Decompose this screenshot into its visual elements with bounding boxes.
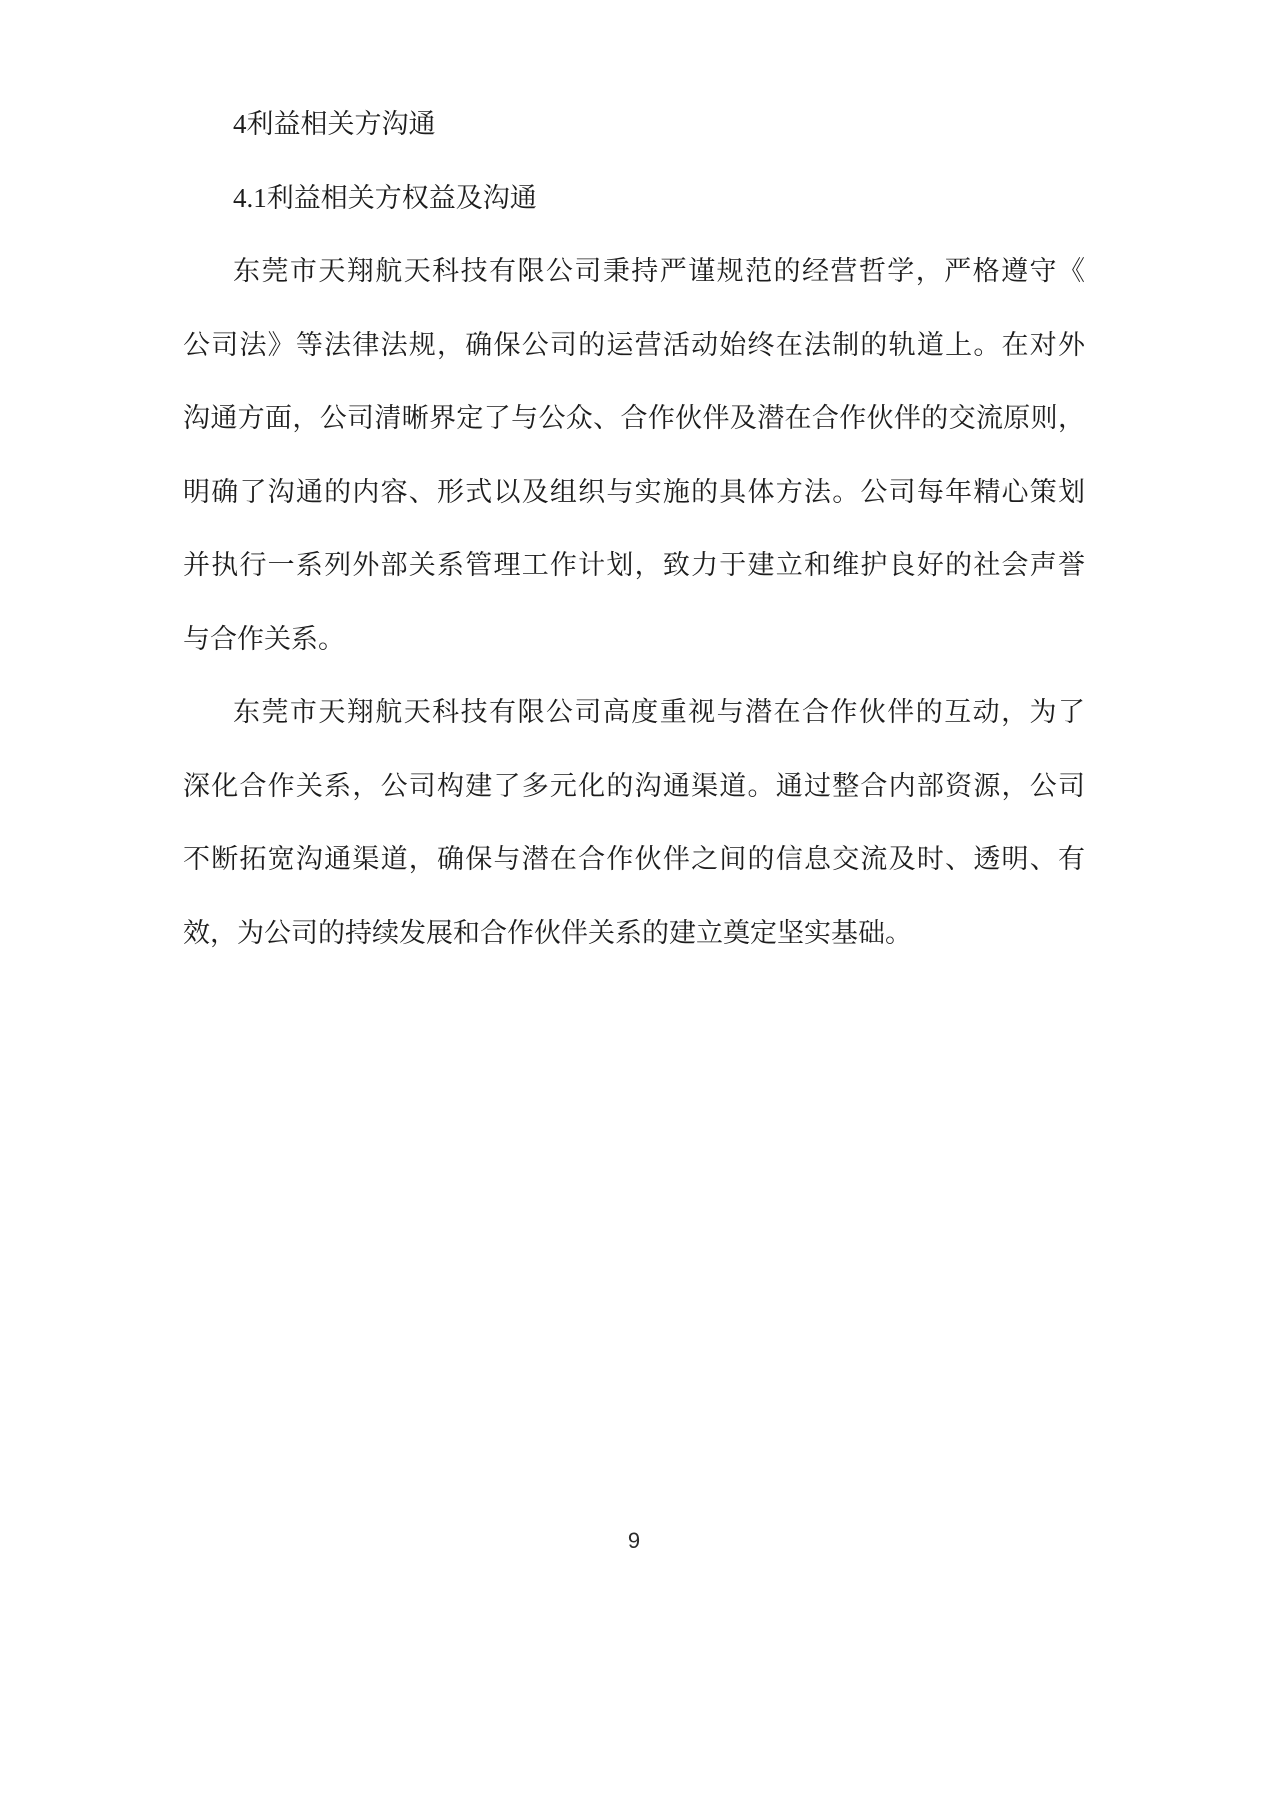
subsection-heading: 4.1利益相关方权益及沟通	[183, 162, 1085, 236]
text-block: 4利益相关方沟通 4.1利益相关方权益及沟通 东莞市天翔航天科技有限公司秉持严谨…	[183, 88, 1085, 970]
text-line: 东莞市天翔航天科技有限公司高度重视与潜在合作伙伴的互动，为了	[183, 676, 1085, 750]
text-line: 公司法》等法律法规，确保公司的运营活动始终在法制的轨道上。在对外	[183, 309, 1085, 383]
text-line: 不断拓宽沟通渠道，确保与潜在合作伙伴之间的信息交流及时、透明、有	[183, 823, 1085, 897]
text-line: 明确了沟通的内容、形式以及组织与实施的具体方法。公司每年精心策划	[183, 456, 1085, 530]
text-line: 并执行一系列外部关系管理工作计划，致力于建立和维护良好的社会声誉	[183, 529, 1085, 603]
document-page: 4利益相关方沟通 4.1利益相关方权益及沟通 东莞市天翔航天科技有限公司秉持严谨…	[0, 0, 1268, 1794]
text-line: 沟通方面，公司清晰界定了与公众、合作伙伴及潜在合作伙伴的交流原则，	[183, 382, 1085, 456]
page-number: 9	[0, 1526, 1268, 1556]
paragraph: 东莞市天翔航天科技有限公司高度重视与潜在合作伙伴的互动，为了深化合作关系，公司构…	[183, 676, 1085, 970]
text-line: 效，为公司的持续发展和合作伙伴关系的建立奠定坚实基础。	[183, 897, 1085, 971]
text-line: 东莞市天翔航天科技有限公司秉持严谨规范的经营哲学，严格遵守《	[183, 235, 1085, 309]
paragraph: 东莞市天翔航天科技有限公司秉持严谨规范的经营哲学，严格遵守《公司法》等法律法规，…	[183, 235, 1085, 676]
text-line: 与合作关系。	[183, 603, 1085, 677]
section-heading: 4利益相关方沟通	[183, 88, 1085, 162]
text-line: 深化合作关系，公司构建了多元化的沟通渠道。通过整合内部资源，公司	[183, 750, 1085, 824]
